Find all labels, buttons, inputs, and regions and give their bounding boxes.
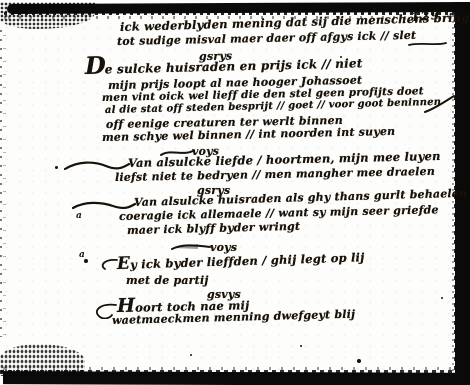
- ink-speck: [441, 297, 443, 299]
- pen-flourish-icon: [160, 146, 194, 158]
- pen-flourish-icon: [72, 198, 136, 212]
- ink-speck: [84, 259, 88, 263]
- pen-flourish-icon: [90, 301, 118, 319]
- manuscript-line: maer ick blyff byder wringt: [127, 220, 301, 237]
- pen-flourish-icon: [408, 40, 448, 48]
- manuscript-line-dropcap: Ey ick byder lieffden / ghij legt op lij: [117, 250, 365, 272]
- manuscript-scan-page: 129 ick wederblyden mening dat sij die m…: [0, 0, 470, 385]
- ink-speck: [357, 359, 361, 363]
- manuscript-line: met de partij: [126, 274, 209, 287]
- pen-flourish-icon: [64, 158, 130, 172]
- ink-speck: [300, 345, 302, 347]
- scan-noise-top-left: [0, 2, 95, 29]
- pen-flourish-icon: [170, 240, 212, 253]
- pen-flourish-icon: [97, 257, 119, 271]
- margin-mark: a: [76, 211, 82, 221]
- pen-flourish-icon: [424, 94, 456, 114]
- scan-noise-bottom-left: [0, 344, 85, 376]
- scan-noise-left-edge: [0, 30, 8, 337]
- ink-speck: [340, 56, 342, 58]
- refrain-marker: voys: [210, 241, 237, 254]
- ink-speck: [190, 354, 192, 356]
- ink-speck: [55, 166, 58, 169]
